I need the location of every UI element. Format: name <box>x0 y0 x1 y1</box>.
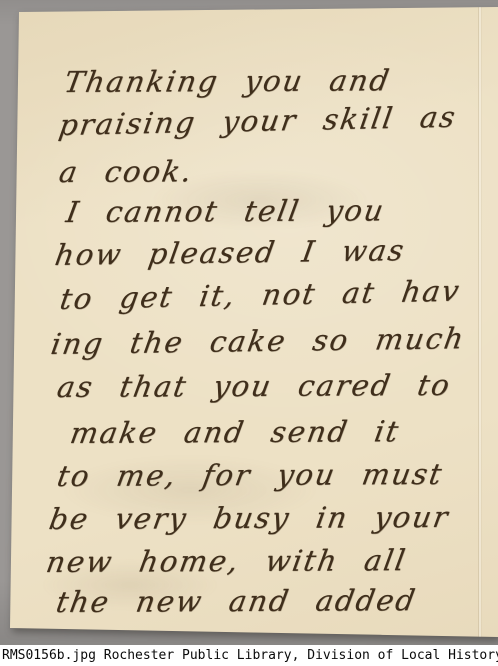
handwriting-line: to me, for you must <box>55 460 445 491</box>
archive-scan-view: Thanking you and praising your skill as … <box>0 0 498 666</box>
handwriting-line: the new and added <box>54 586 419 617</box>
page-edge-crease <box>478 0 482 645</box>
paper-shadow: Thanking you and praising your skill as … <box>0 0 498 645</box>
handwriting-line: a cook. <box>57 157 196 187</box>
handwriting-line: new home, with all <box>44 546 409 577</box>
handwriting-line: I cannot tell you <box>64 196 387 227</box>
handwriting-line: be very busy in your <box>47 503 452 534</box>
handwriting-line: how pleased I was <box>53 236 408 270</box>
handwriting-line: as that you cared to <box>55 371 453 402</box>
handwriting-line: praising your skill as <box>57 103 459 140</box>
scan-background: Thanking you and praising your skill as … <box>0 0 498 645</box>
handwriting-line: make and send it <box>68 417 402 448</box>
handwriting-line: Thanking you and <box>62 66 393 97</box>
caption-bar: RMS0156b.jpg Rochester Public Library, D… <box>0 645 498 666</box>
caption-text: RMS0156b.jpg Rochester Public Library, D… <box>0 645 498 666</box>
handwriting-line: to get it, not at hav <box>58 277 463 314</box>
letter-page: Thanking you and praising your skill as … <box>0 0 498 645</box>
handwriting-line: ing the cake so much <box>49 324 467 359</box>
